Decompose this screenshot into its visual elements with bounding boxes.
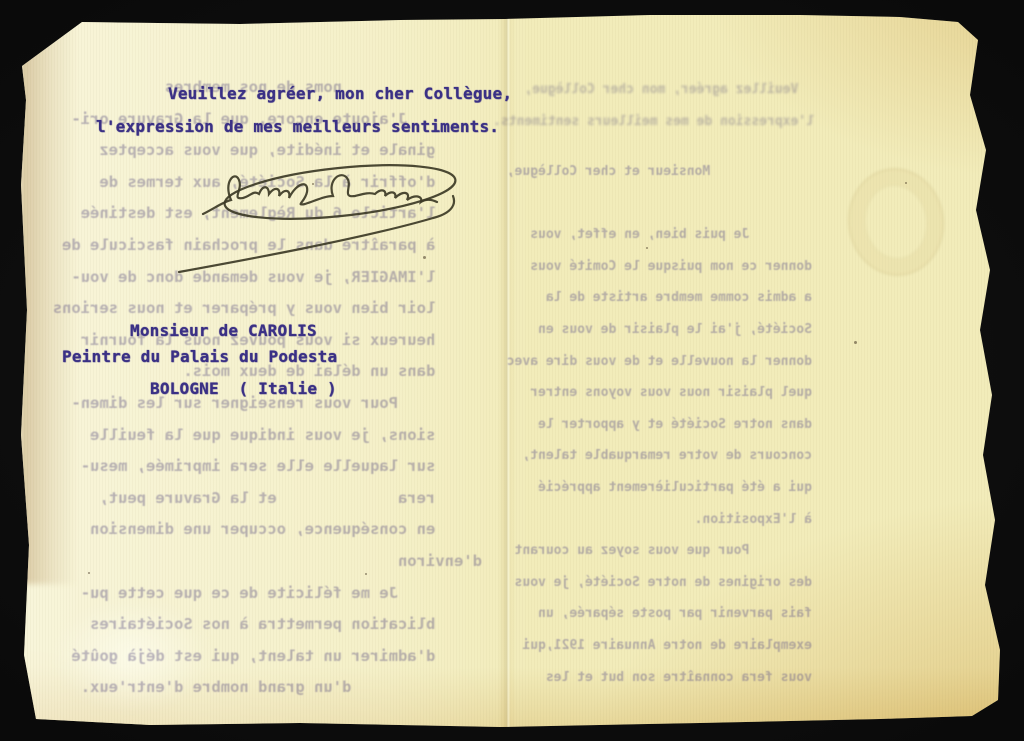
- right-page-bleedthrough-text: Monsieur et cher Collègue, Je puis bien,…: [508, 156, 990, 693]
- scanned-letter-photo: noms de nos membres J'ajoute encore, que…: [0, 0, 1024, 741]
- recipient-city: BOLOGNE ( Italie ): [150, 379, 337, 399]
- recipient-title: Peintre du Palais du Podesta: [62, 347, 337, 367]
- right-page-ink-offset-text: Veuillez agréer, mon cher Collègue, l'ex…: [508, 74, 990, 137]
- recipient-name: Monsieur de CAROLIS: [130, 321, 317, 341]
- handwritten-signature-icon: [165, 162, 465, 282]
- paper-sheet: noms de nos membres J'ajoute encore, que…: [0, 0, 1024, 741]
- closing-formula-line-2: l'expression de mes meilleurs sentiments…: [96, 117, 499, 137]
- closing-formula-line-1: Veuillez agréer, mon cher Collègue,: [168, 84, 512, 104]
